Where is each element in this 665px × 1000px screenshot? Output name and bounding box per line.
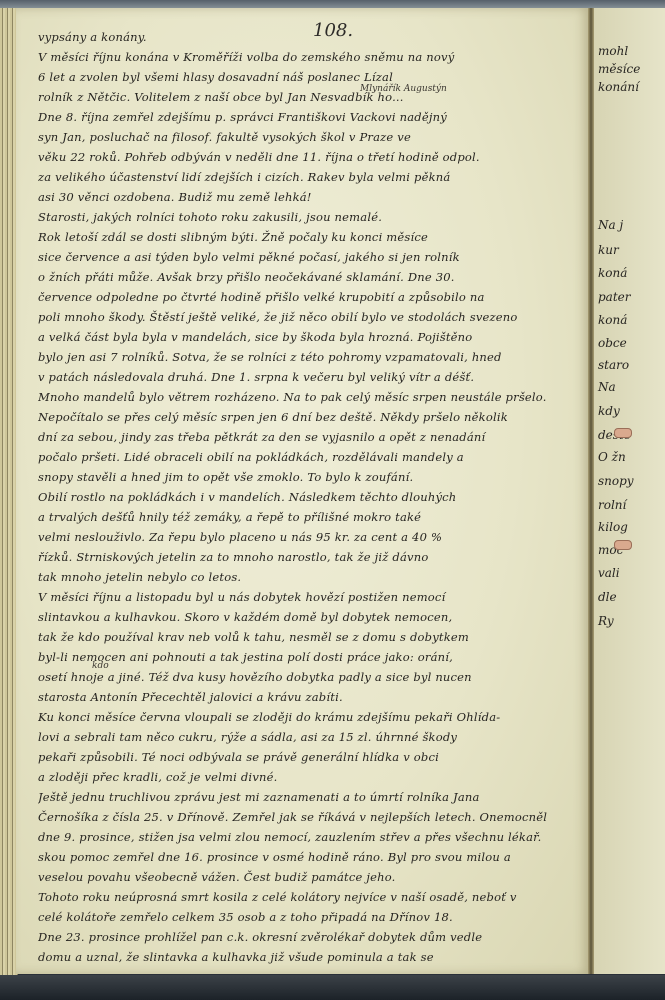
facing-page-fragment: O žn: [598, 450, 626, 464]
text-line: celé kolátoře zemřelo celkem 35 osob a z…: [38, 910, 598, 924]
facing-page-fragment: pater: [598, 290, 631, 304]
text-line: skou pomoc zemřel dne 16. prosince v osm…: [38, 850, 598, 864]
facing-page-fragment: staro: [598, 358, 629, 372]
text-line: 6 let a zvolen byl všemi hlasy dosavadní…: [38, 70, 598, 84]
facing-page-fragment: mohl: [598, 44, 628, 58]
facing-page: [594, 8, 665, 974]
text-line: dne 9. prosince, stižen jsa velmi zlou n…: [38, 830, 598, 844]
text-line: V měsíci říjnu a listopadu byl u nás dob…: [38, 590, 598, 604]
text-line: bylo jen asi 7 rolníků. Sotva, že se rol…: [38, 350, 598, 364]
text-line: a velká část byla byla v mandelách, sice…: [38, 330, 598, 344]
text-line: věku 22 roků. Pohřeb odbýván v neděli dn…: [38, 150, 598, 164]
text-line: dní za sebou, jindy zas třeba pětkrát za…: [38, 430, 598, 444]
facing-page-fragment: rolní: [598, 498, 626, 512]
text-line: sice července a asi týden bylo velmi pěk…: [38, 250, 598, 264]
text-line: snopy stavěli a hned jim to opět vše zmo…: [38, 470, 598, 484]
text-line: lovi a sebrali tam něco cukru, rýže a sá…: [38, 730, 598, 744]
facing-page-fragment: konání: [598, 80, 639, 94]
text-line: Dne 8. října zemřel zdejšímu p. správci …: [38, 110, 598, 124]
text-line: Obilí rostlo na pokládkách i v mandelích…: [38, 490, 598, 504]
text-line: řízků. Strniskových jetelin za to mnoho …: [38, 550, 598, 564]
text-line: Mnoho mandelů bylo větrem rozházeno. Na …: [38, 390, 598, 404]
text-line: syn Jan, posluchač na filosof. fakultě v…: [38, 130, 598, 144]
facing-page-fragment: dle: [598, 590, 617, 604]
facing-page-fragment: snopy: [598, 474, 634, 488]
text-line: asi 30 věnci ozdobena. Budiž mu země leh…: [38, 190, 598, 204]
text-line: V měsíci říjnu konána v Kroměříži volba …: [38, 50, 598, 64]
text-line: byl-li nemocen ani pohnouti a tak jestin…: [38, 650, 598, 664]
facing-page-fragment: Na j: [598, 218, 623, 232]
text-line: a trvalých dešťů hnily též zemáky, a řep…: [38, 510, 598, 524]
facing-page-fragment: Na: [598, 380, 616, 394]
facing-page-fragment: koná: [598, 266, 627, 280]
interlinear-insert: kdo: [92, 661, 109, 671]
bookmark-tab: [614, 428, 632, 438]
interlinear-insert: Mlynářík Augustýn: [360, 84, 447, 94]
scanner-bottom-shadow: [0, 975, 665, 1000]
text-line: vypsány a konány.: [38, 30, 598, 44]
text-line: července odpoledne po čtvrté hodině přiš…: [38, 290, 598, 304]
text-line: a zloději přec kradli, což je velmi divn…: [38, 770, 598, 784]
text-line: Nepočítalo se přes celý měsíc srpen jen …: [38, 410, 598, 424]
facing-page-fragment: Ry: [598, 614, 614, 628]
text-line: rolník z Nětčic. Volitelem z naší obce b…: [38, 90, 598, 104]
facing-page-fragment: kdy: [598, 404, 620, 418]
text-line: pekaři způsobili. Té noci odbývala se pr…: [38, 750, 598, 764]
text-line: slintavkou a kulhavkou. Skoro v každém d…: [38, 610, 598, 624]
text-line: počalo pršeti. Lidé obraceli obilí na po…: [38, 450, 598, 464]
text-line: za velikého účastenství lidí zdejších i …: [38, 170, 598, 184]
text-line: veselou povahu všeobecně vážen. Čest bud…: [38, 870, 598, 884]
facing-page-fragment: kur: [598, 243, 619, 257]
text-line: velmi neslouživlo. Za řepu bylo placeno …: [38, 530, 598, 544]
text-line: v patách následovala druhá. Dne 1. srpna…: [38, 370, 598, 384]
facing-page-fragment: koná: [598, 313, 627, 327]
facing-page-fragment: obce: [598, 336, 627, 350]
text-line: o žních přáti může. Avšak brzy přišlo ne…: [38, 270, 598, 284]
bookmark-tab: [614, 540, 632, 550]
facing-page-fragment: měsíce: [598, 62, 640, 76]
text-line: domu a uznal, že slintavka a kulhavka ji…: [38, 950, 598, 964]
text-line: starosta Antonín Přecechtěl jalovici a k…: [38, 690, 598, 704]
text-line: Ještě jednu truchlivou zprávu jest mi za…: [38, 790, 598, 804]
text-line: tak mnoho jetelin nebylo co letos.: [38, 570, 598, 584]
text-line: Tohoto roku neúprosná smrt kosila z celé…: [38, 890, 598, 904]
text-line: Černošíka z čísla 25. v Dřínově. Zemřel …: [38, 810, 598, 824]
text-line: Starosti, jakých rolníci tohoto roku zak…: [38, 210, 598, 224]
text-line: Dne 23. prosince prohlížel pan c.k. okre…: [38, 930, 598, 944]
facing-page-fragment: vali: [598, 566, 620, 580]
text-line: Rok letoší zdál se dosti slibným býti. Ž…: [38, 230, 598, 244]
text-line: Ku konci měsíce června vloupali se zlodě…: [38, 710, 598, 724]
text-line: tak že kdo používal krav neb volů k tahu…: [38, 630, 598, 644]
text-line: poli mnoho škody. Štěstí ještě veliké, ž…: [38, 310, 598, 324]
text-line: osetí hnoje a jiné. Též dva kusy hovězíh…: [38, 670, 598, 684]
facing-page-fragment: kilog: [598, 520, 628, 534]
